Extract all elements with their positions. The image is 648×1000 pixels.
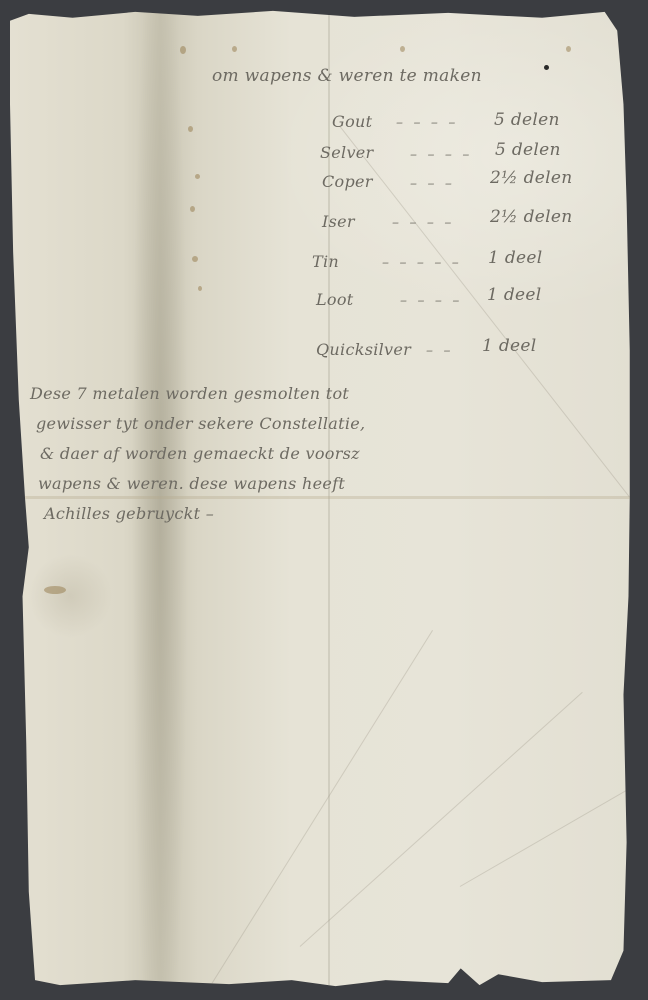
- scanned-manuscript: om wapens & weren te maken Gout – – – – …: [0, 0, 648, 1000]
- crease-line: [300, 692, 583, 947]
- paragraph-line: wapens & weren. dese wapens heeft: [38, 474, 345, 493]
- paragraph-line: Dese 7 metalen worden gesmolten tot: [30, 384, 349, 403]
- foxing-spot: [190, 206, 195, 212]
- metal-quantity: 1 deel: [482, 336, 536, 356]
- metal-quantity: 2½ delen: [490, 168, 573, 188]
- foxing-spot: [180, 46, 186, 54]
- manuscript-heading: om wapens & weren te maken: [212, 66, 482, 86]
- crease-line: [460, 736, 648, 887]
- metal-quantity: 1 deel: [487, 285, 541, 305]
- metal-name: Gout: [332, 112, 372, 131]
- ink-stain: [44, 586, 66, 594]
- metal-name: Quicksilver: [316, 340, 411, 359]
- metal-quantity: 2½ delen: [490, 207, 573, 227]
- metal-quantity: 1 deel: [488, 248, 542, 268]
- metal-quantity: 5 delen: [495, 140, 561, 160]
- metal-name: Loot: [316, 290, 354, 309]
- paragraph-line: gewisser tyt onder sekere Constellatie,: [36, 414, 365, 433]
- dash-leader: – – – –: [400, 293, 462, 309]
- foxing-spot: [198, 286, 202, 291]
- metal-name: Selver: [320, 143, 374, 162]
- paragraph-line: & daer af worden gemaeckt de voorsz: [40, 444, 360, 463]
- crease-line: [210, 630, 433, 987]
- foxing-spot: [195, 174, 200, 179]
- dash-leader: – – – –: [410, 147, 472, 163]
- paper-hole: [544, 65, 549, 70]
- foxing-spot: [400, 46, 405, 52]
- foxing-spot: [566, 46, 571, 52]
- dash-leader: – – – –: [396, 115, 458, 131]
- dash-leader: – –: [426, 343, 453, 359]
- crease-line: [340, 126, 636, 505]
- metal-quantity: 5 delen: [494, 110, 560, 130]
- metal-name: Coper: [322, 172, 373, 191]
- foxing-spot: [192, 256, 198, 262]
- dash-leader: – – –: [410, 176, 455, 192]
- foxing-spot: [188, 126, 193, 132]
- dash-leader: – – – –: [392, 215, 454, 231]
- foxing-spot: [232, 46, 237, 52]
- paragraph-line: Achilles gebruyckt –: [44, 504, 214, 523]
- dash-leader: – – – – –: [382, 255, 462, 271]
- metal-name: Iser: [322, 212, 355, 231]
- metal-name: Tin: [312, 252, 339, 271]
- horizontal-fold-line: [10, 496, 636, 499]
